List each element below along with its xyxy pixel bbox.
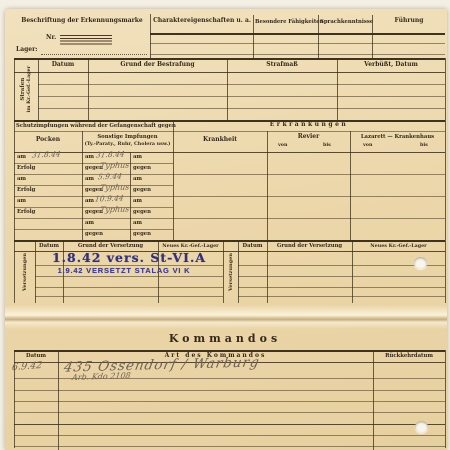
lager-label: Lager: [16,47,38,54]
handwritten-impf-date: 5.9.44 [97,172,122,182]
pow-record-card-scan: Beschriftung der Erkennungsmarke Nr. Lag… [0,0,450,450]
nr-label: Nr. [46,35,56,42]
am-label: am [85,154,94,160]
handwritten-impf-date: 10.9.44 [94,193,124,203]
erkrankungen-header: Erkrankungen [173,122,445,129]
kommandos-datum-header: Datum [14,353,58,359]
rule-line [38,108,445,109]
am-label: am [133,176,142,182]
strafen-datum-header: Datum [38,62,88,69]
revier-header: Revier [267,134,350,141]
column-divider [130,152,131,240]
rule-line [14,218,445,219]
rule-line [14,72,445,73]
column-divider [88,58,89,120]
charakter-header: Charaktereigenschaften u. a. [152,18,252,25]
table-border [445,58,446,303]
versetzungen-datum-header: Datum [238,243,267,249]
erfolg-label: Erfolg [17,209,35,215]
krankheit-header: Krankheit [173,137,267,144]
rule-line [14,196,445,197]
lazarett-header: Lazarett — Krankenhaus [350,134,445,140]
column-divider [227,58,228,120]
erfolg-label: Erfolg [17,165,35,171]
column-divider [337,58,338,120]
rule-line [238,287,445,288]
column-divider [267,131,268,240]
lager-blank-line [41,47,147,55]
rule-line [14,435,445,436]
rule-line [14,185,173,186]
nr-filled-lines [60,35,112,45]
rule-line [14,401,445,402]
rule-line [38,96,445,97]
handwritten-impf-against: Typhus [99,182,130,192]
impfungen-header: Schutzimpfungen während der Gefangenscha… [16,123,171,129]
pocken-header: Pocken [14,137,82,144]
column-divider [173,120,174,240]
column-divider [352,240,353,303]
rule-line [14,152,445,153]
faehigkeiten-header: Besondere Fähigkeiten [255,19,317,25]
gegen-label: gegen [133,231,151,237]
sonstige-header: Sonstige Impfungen [82,134,173,140]
am-label: am [17,198,26,204]
strafen-verbuesst-header: Verbüßt, Datum [337,62,445,69]
column-divider [58,350,59,450]
sprachen-header: Sprachkenntnisse [320,19,371,25]
am-label: am [133,220,142,226]
am-label: am [85,220,94,226]
am-label: am [133,198,142,204]
transfer-stamp-small: 1.9.42 VERSETZT STALAG VI K [40,266,208,275]
versetzungen-datum-header: Datum [35,243,63,249]
erkennungsmarke-label: Beschriftung der Erkennungsmarke [16,18,148,25]
gegen-label: gegen [133,187,151,193]
rule-line [14,390,445,391]
am-label: am [17,154,26,160]
handwritten-impf-against: Typhus [99,160,130,170]
column-divider [82,131,83,240]
rule-line [150,43,445,44]
column-divider [318,15,319,58]
gegen-label: gegen [85,231,103,237]
punch-hole [414,257,427,269]
am-label: am [133,154,142,160]
rule-line [150,54,445,55]
column-divider [35,240,36,303]
lazarett-bis-label: bis [420,143,428,149]
revier-bis-label: bis [323,143,331,149]
lazarett-von-label: von [363,143,372,149]
column-divider [238,240,239,303]
rule-line [14,131,445,132]
am-label: am [17,176,26,182]
column-divider [150,14,151,58]
gegen-label: gegen [133,209,151,215]
versetzungen-side-label-left: Versetzungen [14,240,35,303]
table-border [14,120,15,240]
rule-line [14,163,173,164]
column-divider [267,240,268,303]
column-divider [372,15,373,58]
rule-line [238,296,445,297]
handwritten-kommando-date: 6.9.42 [11,360,43,373]
handwritten-impf-against: Typhus [99,204,130,214]
rule-line [14,412,445,413]
rule-line [14,229,173,230]
column-divider [38,58,39,120]
rule-line [14,207,173,208]
versetzungen-grund-header: Grund der Versetzung [63,243,158,249]
rule-line [238,276,445,277]
table-border [14,58,445,60]
versetzungen-side-label-right: Versetzungen [223,240,238,303]
versetzungen-lager-header: Neues Kr.-Gef.-Lager [158,244,223,250]
gegen-label: gegen [133,165,151,171]
kommandos-rueckkehr-header: Rückkehrdatum [373,353,445,359]
rule-line [14,446,445,447]
rule-line [150,33,445,35]
transfer-stamp-large: 1.8.42 vers. St-VI.A [37,250,221,265]
column-divider [253,15,254,58]
fold-crease [5,305,447,329]
handwritten-impf-date: 31.8.44 [95,149,125,159]
versetzungen-lager-header: Neues Kr.-Gef.-Lager [352,244,445,250]
revier-von-label: von [278,143,287,149]
punch-hole [415,421,428,433]
table-border [14,240,15,303]
column-divider [350,131,351,240]
am-label: am [85,176,94,182]
versetzungen-grund-header: Grund der Versetzung [267,243,352,249]
table-border [445,350,446,448]
rule-line [38,84,445,85]
strafen-grund-header: Grund der Bestrafung [88,62,227,69]
rule-line [14,174,445,175]
column-divider [373,350,374,450]
sonstige-subheader: (Ty.-Paraty., Ruhr, Cholera usw.) [82,142,173,148]
am-label: am [85,198,94,204]
table-border [14,58,15,120]
strafen-side-label: Strafen im Kr.-Gef.-Lager [14,59,38,120]
rule-line [14,424,445,425]
strafen-strafmass-header: Strafmaß [227,62,337,69]
column-divider [223,240,224,303]
kommandos-title: Kommandos [4,333,446,346]
handwritten-pocken-date: 31.8.44 [31,149,61,159]
fuehrung-header: Führung [374,18,444,25]
erfolg-label: Erfolg [17,187,35,193]
